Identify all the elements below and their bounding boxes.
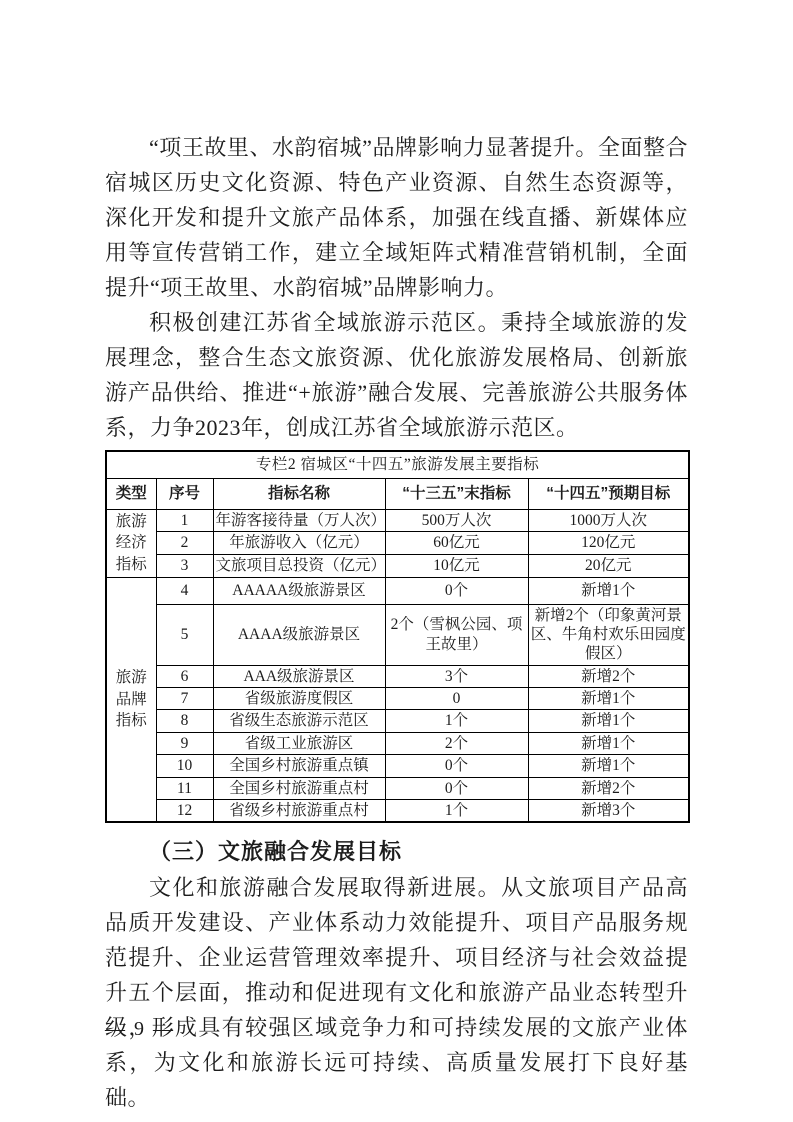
cell-baseline: 1个: [385, 799, 528, 822]
paragraph-brand-influence: “项王故里、水韵宿城”品牌影响力显著提升。全面整合宿城区历史文化资源、特色产业资…: [105, 130, 688, 305]
cell-seq: 5: [156, 604, 213, 665]
document-page: “项王故里、水韵宿城”品牌影响力显著提升。全面整合宿城区历史文化资源、特色产业资…: [0, 0, 793, 1122]
cell-indicator-name: 文旅项目总投资（亿元）: [213, 554, 385, 577]
cell-baseline: 10亿元: [385, 554, 528, 577]
cell-indicator-name: 省级旅游度假区: [213, 688, 385, 710]
cell-target: 120亿元: [528, 532, 689, 555]
group-label-economic: 旅游经济指标: [106, 509, 156, 577]
cell-target: 1000万人次: [528, 509, 689, 532]
cell-seq: 2: [156, 532, 213, 555]
cell-target: 新增1个: [528, 732, 689, 754]
cell-baseline: 3个: [385, 665, 528, 687]
cell-indicator-name: AAAAA级旅游景区: [213, 577, 385, 604]
cell-target: 新增3个: [528, 799, 689, 822]
table-row: 6 AAA级旅游景区 3个 新增2个: [106, 665, 689, 687]
table-row: 旅游品牌指标 4 AAAAA级旅游景区 0个 新增1个: [106, 577, 689, 604]
cell-seq: 12: [156, 799, 213, 822]
page-number: — 9 —: [105, 1018, 175, 1041]
cell-baseline: 0个: [385, 777, 528, 799]
cell-indicator-name: 省级乡村旅游重点村: [213, 799, 385, 822]
cell-baseline: 0: [385, 688, 528, 710]
table-row: 8 省级生态旅游示范区 1个 新增1个: [106, 710, 689, 732]
cell-seq: 8: [156, 710, 213, 732]
cell-seq: 11: [156, 777, 213, 799]
paragraph-integration-progress: 文化和旅游融合发展取得新进展。从文旅项目产品高品质开发建设、产业体系动力效能提升…: [105, 870, 688, 1115]
table-row: 7 省级旅游度假区 0 新增1个: [106, 688, 689, 710]
cell-seq: 1: [156, 509, 213, 532]
col-header-type: 类型: [106, 478, 156, 509]
cell-seq: 4: [156, 577, 213, 604]
cell-indicator-name: 省级生态旅游示范区: [213, 710, 385, 732]
cell-baseline: 0个: [385, 755, 528, 777]
table-row: 5 AAAA级旅游景区 2个（雪枫公园、项王故里） 新增2个（印象黄河景区、牛角…: [106, 604, 689, 665]
cell-baseline: 60亿元: [385, 532, 528, 555]
cell-target: 20亿元: [528, 554, 689, 577]
cell-target: 新增1个: [528, 577, 689, 604]
cell-target: 新增1个: [528, 755, 689, 777]
col-header-seq: 序号: [156, 478, 213, 509]
group-label-brand: 旅游品牌指标: [106, 577, 156, 822]
table-title-row: 专栏2 宿城区“十四五”旅游发展主要指标: [106, 451, 689, 478]
cell-seq: 10: [156, 755, 213, 777]
table-row: 3 文旅项目总投资（亿元） 10亿元 20亿元: [106, 554, 689, 577]
table-title: 专栏2 宿城区“十四五”旅游发展主要指标: [106, 451, 689, 478]
cell-indicator-name: 全国乡村旅游重点镇: [213, 755, 385, 777]
cell-seq: 9: [156, 732, 213, 754]
table-row: 12 省级乡村旅游重点村 1个 新增3个: [106, 799, 689, 822]
cell-seq: 3: [156, 554, 213, 577]
cell-target: 新增2个: [528, 777, 689, 799]
table-row: 2 年旅游收入（亿元） 60亿元 120亿元: [106, 532, 689, 555]
cell-seq: 6: [156, 665, 213, 687]
cell-baseline: 500万人次: [385, 509, 528, 532]
table-row: 9 省级工业旅游区 2个 新增1个: [106, 732, 689, 754]
cell-indicator-name: 年游客接待量（万人次）: [213, 509, 385, 532]
cell-baseline: 2个: [385, 732, 528, 754]
cell-indicator-name: AAAA级旅游景区: [213, 604, 385, 665]
col-header-14th-target: “十四五”预期目标: [528, 478, 689, 509]
cell-target: 新增1个: [528, 710, 689, 732]
cell-baseline: 1个: [385, 710, 528, 732]
cell-baseline: 2个（雪枫公园、项王故里）: [385, 604, 528, 665]
table-header-row: 类型 序号 指标名称 “十三五”末指标 “十四五”预期目标: [106, 478, 689, 509]
cell-indicator-name: 全国乡村旅游重点村: [213, 777, 385, 799]
cell-indicator-name: 省级工业旅游区: [213, 732, 385, 754]
col-header-13th-end: “十三五”末指标: [385, 478, 528, 509]
cell-target: 新增1个: [528, 688, 689, 710]
cell-indicator-name: AAA级旅游景区: [213, 665, 385, 687]
tourism-indicators-table: 专栏2 宿城区“十四五”旅游发展主要指标 类型 序号 指标名称 “十三五”末指标…: [105, 450, 690, 823]
table-row: 10 全国乡村旅游重点镇 0个 新增1个: [106, 755, 689, 777]
cell-indicator-name: 年旅游收入（亿元）: [213, 532, 385, 555]
cell-target: 新增2个（印象黄河景区、牛角村欢乐田园度假区）: [528, 604, 689, 665]
cell-target: 新增2个: [528, 665, 689, 687]
table-row: 11 全国乡村旅游重点村 0个 新增2个: [106, 777, 689, 799]
cell-seq: 7: [156, 688, 213, 710]
section-heading-culture-tourism-integration: （三）文旅融合发展目标: [105, 835, 688, 868]
col-header-indicator: 指标名称: [213, 478, 385, 509]
cell-baseline: 0个: [385, 577, 528, 604]
paragraph-tourism-demo-zone: 积极创建江苏省全域旅游示范区。秉持全域旅游的发展理念，整合生态文旅资源、优化旅游…: [105, 305, 688, 445]
table-row: 旅游经济指标 1 年游客接待量（万人次） 500万人次 1000万人次: [106, 509, 689, 532]
